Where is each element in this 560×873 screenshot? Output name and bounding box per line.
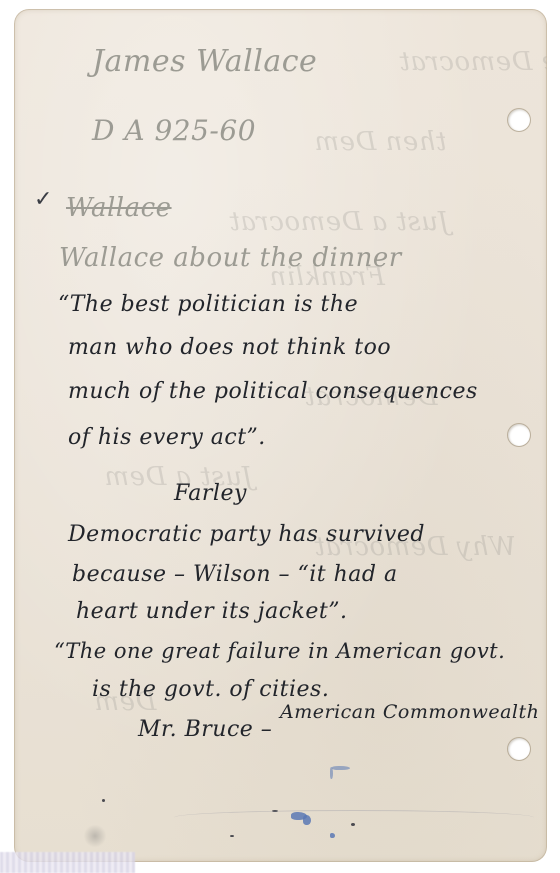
quote-1-line: of his every act”. [68, 427, 266, 449]
show-through-line: The Democrat [399, 49, 547, 75]
quote-1-line: much of the political consequences [68, 381, 478, 403]
pencil-smudge [84, 824, 106, 848]
show-through-line: Just a Democrat [229, 209, 449, 235]
note-card: The Democrat then Dem Just a Democrat Fr… [14, 9, 547, 862]
scan-canvas: The Democrat then Dem Just a Democrat Fr… [0, 0, 560, 873]
check-mark-icon: ✓ [34, 187, 52, 212]
quote-1-line: man who does not think too [68, 337, 391, 359]
attribution-book: American Commonwealth [280, 703, 539, 722]
quote-3-line: “The one great failure in American govt. [54, 641, 505, 662]
paragraph-2-line: because – Wilson – “it had a [72, 564, 398, 586]
show-through-line: then Dem [314, 129, 446, 155]
pencil-subtitle: Wallace about the dinner [59, 245, 402, 271]
blue-ink-mark [332, 766, 350, 770]
punch-hole [508, 738, 530, 760]
blue-ink-dot [330, 833, 335, 838]
quote-3-line: is the govt. of cities. [92, 679, 329, 701]
paragraph-2-line: heart under its jacket”. [76, 601, 347, 623]
faint-fold-line [174, 810, 534, 825]
scan-edge-artifact [0, 852, 135, 873]
quote-1-line: “The best politician is the [58, 294, 358, 316]
speck [230, 835, 234, 837]
attribution-farley: Farley [174, 483, 247, 505]
attribution-bruce: Mr. Bruce – [138, 719, 272, 741]
pencil-struck-word: Wallace [66, 195, 172, 221]
paragraph-2-line: Democratic party has survived [68, 524, 425, 546]
pencil-reference: D A 925-60 [92, 117, 256, 145]
blue-ink-mark [330, 767, 333, 779]
punch-hole [508, 424, 530, 446]
punch-hole [508, 109, 530, 131]
speck [102, 799, 105, 802]
pencil-name: James Wallace [92, 47, 317, 77]
